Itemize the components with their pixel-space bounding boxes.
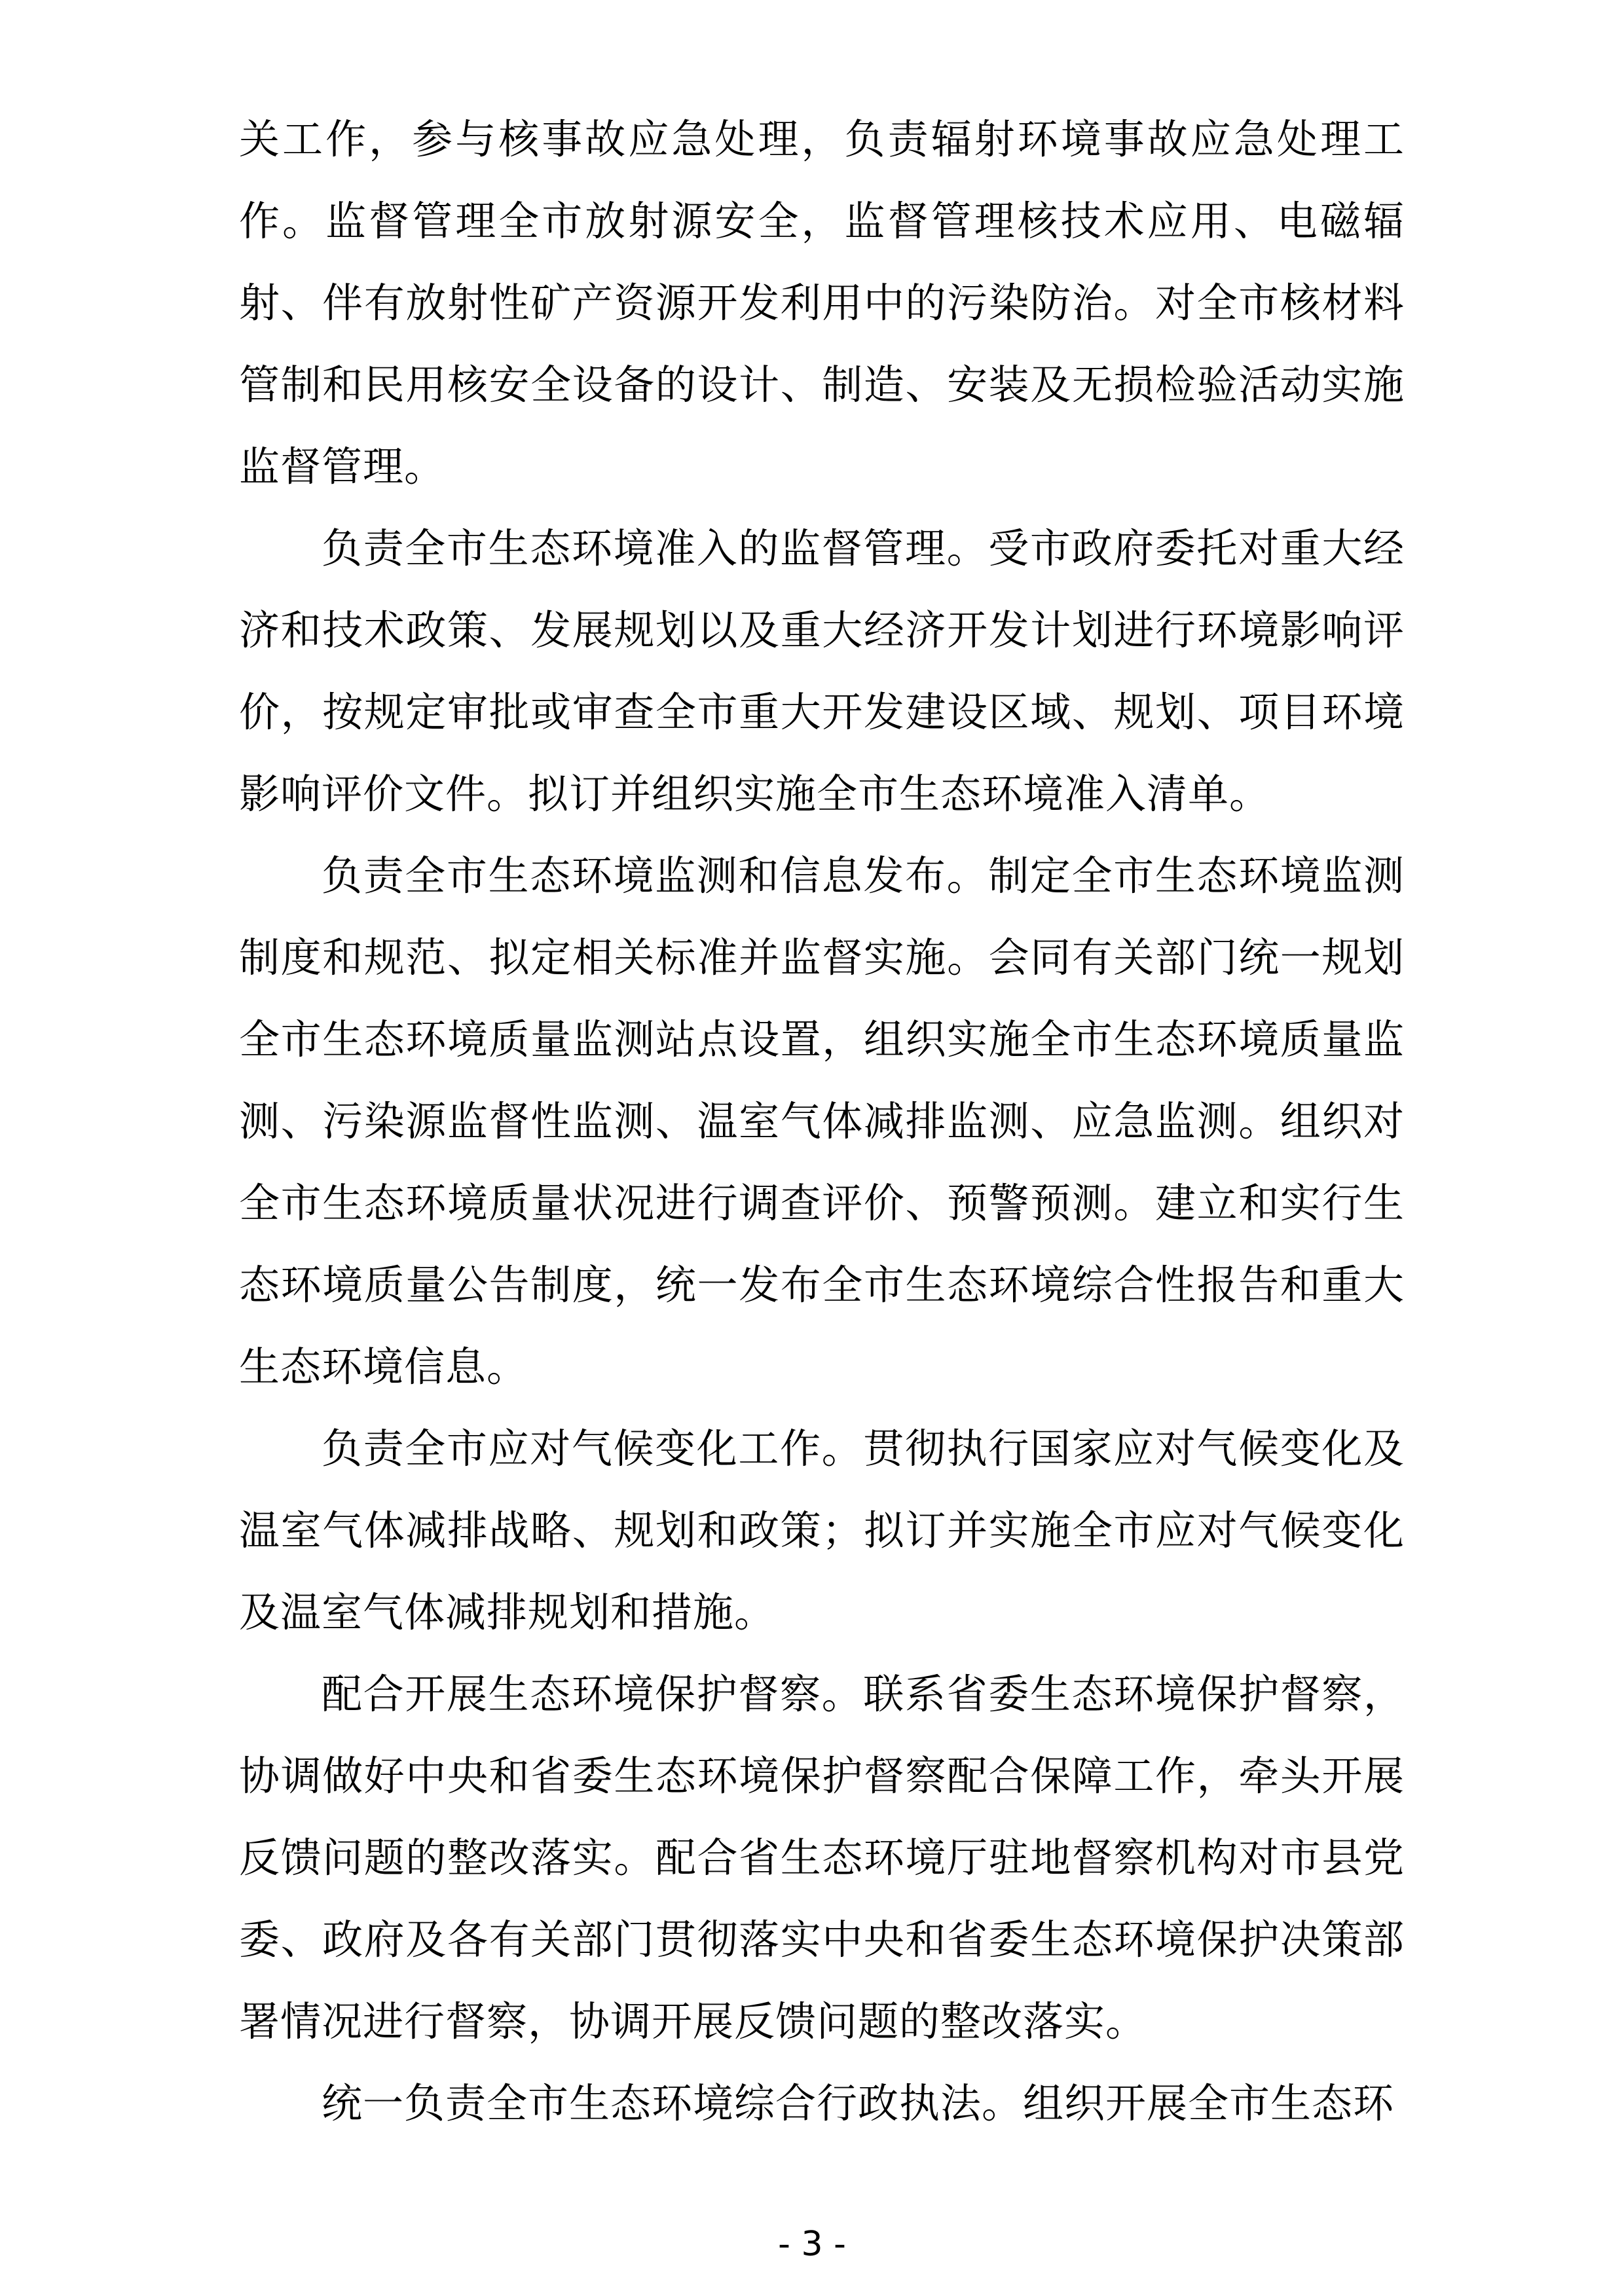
paragraph-inspection-support: 配合开展生态环境保护督察。联系省委生态环境保护督察，协调做好中央和省委生态环境保… bbox=[239, 1653, 1405, 2062]
paragraph-environment-access: 负责全市生态环境准入的监督管理。受市政府委托对重大经济和技术政策、发展规划以及重… bbox=[239, 507, 1405, 835]
body-text: 关工作，参与核事故应急处理，负责辐射环境事故应急处理工作。监督管理全市放射源安全… bbox=[239, 98, 1405, 2144]
paragraph-continuation: 关工作，参与核事故应急处理，负责辐射环境事故应急处理工作。监督管理全市放射源安全… bbox=[239, 98, 1405, 507]
paragraph-law-enforcement: 统一负责全市生态环境综合行政执法。组织开展全市生态环 bbox=[239, 2062, 1405, 2144]
page-footer: - 3 - bbox=[0, 2225, 1624, 2264]
paragraph-climate-change: 负责全市应对气候变化工作。贯彻执行国家应对气候变化及温室气体减排战略、规划和政策… bbox=[239, 1408, 1405, 1653]
document-page: 关工作，参与核事故应急处理，负责辐射环境事故应急处理工作。监督管理全市放射源安全… bbox=[0, 0, 1624, 2296]
paragraph-monitoring-info: 负责全市生态环境监测和信息发布。制定全市生态环境监测制度和规范、拟定相关标准并监… bbox=[239, 835, 1405, 1408]
page-number: - 3 - bbox=[778, 2225, 846, 2264]
